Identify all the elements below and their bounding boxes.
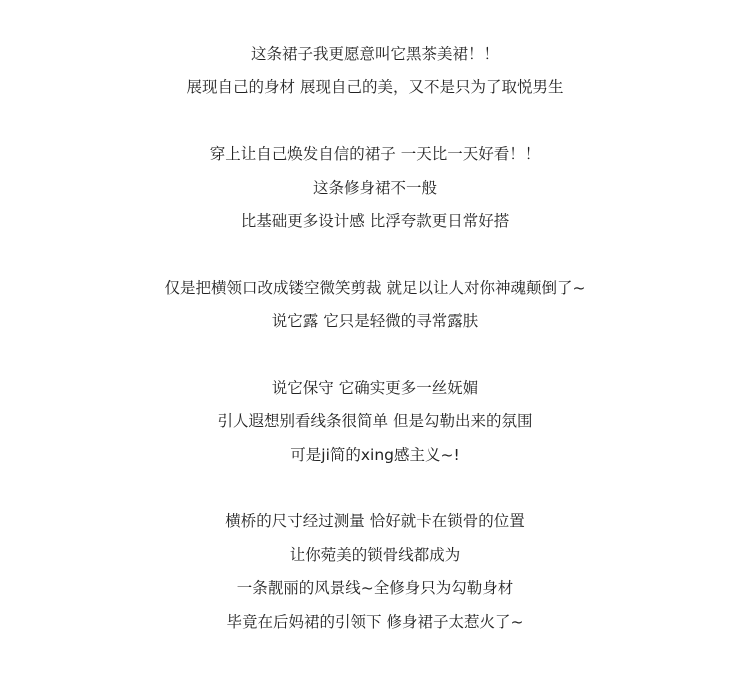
blank-line — [0, 339, 750, 372]
text-line: 毕竟在后妈裙的引领下 修身裙子太惹火了~ — [0, 606, 750, 639]
text-line: 一条靓丽的风景线~全修身只为勾勒身材 — [0, 572, 750, 605]
text-line: 引人遐想别看线条很简单 但是勾勒出来的氛围 — [0, 405, 750, 438]
text-line: 仅是把横领口改成镂空微笑剪裁 就足以让人对你神魂颠倒了~ — [0, 272, 750, 305]
text-line: 比基础更多设计感 比浮夸款更日常好搭 — [0, 205, 750, 238]
paragraph-5: 横桥的尺寸经过测量 恰好就卡在锁骨的位置 让你菀美的锁骨线都成为 一条靓丽的风景… — [0, 505, 750, 639]
text-line: 说它保守 它确实更多一丝妩媚 — [0, 372, 750, 405]
text-line: 可是ji简的xing感主义~! — [0, 439, 750, 472]
paragraph-2: 穿上让自己焕发自信的裙子 一天比一天好看！！ 这条修身裙不一般 比基础更多设计感… — [0, 138, 750, 238]
text-line: 展现自己的身材 展现自己的美，又不是只为了取悦男生 — [0, 71, 750, 104]
blank-line — [0, 238, 750, 271]
text-line: 说它露 它只是轻微的寻常露肤 — [0, 305, 750, 338]
paragraph-1: 这条裙子我更愿意叫它黑茶美裙！！ 展现自己的身材 展现自己的美，又不是只为了取悦… — [0, 38, 750, 105]
blank-line — [0, 105, 750, 138]
text-line: 横桥的尺寸经过测量 恰好就卡在锁骨的位置 — [0, 505, 750, 538]
product-description: 这条裙子我更愿意叫它黑茶美裙！！ 展现自己的身材 展现自己的美，又不是只为了取悦… — [0, 0, 750, 639]
text-line: 这条修身裙不一般 — [0, 172, 750, 205]
blank-line — [0, 472, 750, 505]
text-line: 这条裙子我更愿意叫它黑茶美裙！！ — [0, 38, 750, 71]
text-line: 穿上让自己焕发自信的裙子 一天比一天好看！！ — [0, 138, 750, 171]
paragraph-3: 仅是把横领口改成镂空微笑剪裁 就足以让人对你神魂颠倒了~ 说它露 它只是轻微的寻… — [0, 272, 750, 339]
paragraph-4: 说它保守 它确实更多一丝妩媚 引人遐想别看线条很简单 但是勾勒出来的氛围 可是j… — [0, 372, 750, 472]
text-line: 让你菀美的锁骨线都成为 — [0, 539, 750, 572]
